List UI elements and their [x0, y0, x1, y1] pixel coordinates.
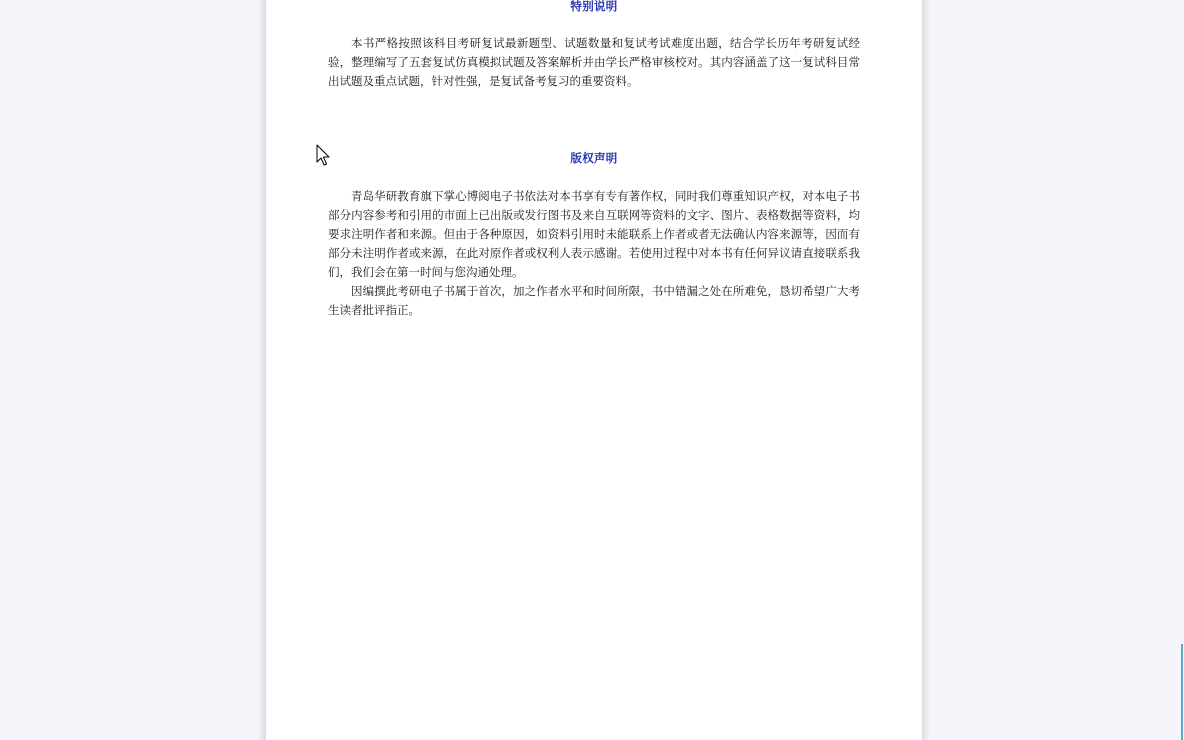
page-shadow-right — [922, 0, 930, 740]
page-shadow-left — [258, 0, 266, 740]
paragraph: 青岛华研教育旗下掌心博阅电子书依法对本书享有专有著作权，同时我们尊重知识产权，对… — [328, 187, 860, 282]
section-title-copyright: 版权声明 — [266, 150, 922, 166]
section-title-special-notice: 特别说明 — [266, 0, 922, 14]
section-body-special-notice: 本书严格按照该科目考研复试最新题型、试题数量和复试考试难度出题，结合学长历年考研… — [328, 34, 860, 91]
section-body-copyright: 青岛华研教育旗下掌心博阅电子书依法对本书享有专有著作权，同时我们尊重知识产权，对… — [328, 187, 860, 320]
document-viewer[interactable]: 特别说明 本书严格按照该科目考研复试最新题型、试题数量和复试考试难度出题，结合学… — [0, 0, 1184, 740]
mouse-pointer-icon — [316, 144, 332, 168]
document-page: 特别说明 本书严格按照该科目考研复试最新题型、试题数量和复试考试难度出题，结合学… — [266, 0, 922, 740]
scrollbar-indicator[interactable] — [1181, 644, 1183, 740]
paragraph: 因编撰此考研电子书属于首次，加之作者水平和时间所限，书中错漏之处在所难免，恳切希… — [328, 282, 860, 320]
paragraph: 本书严格按照该科目考研复试最新题型、试题数量和复试考试难度出题，结合学长历年考研… — [328, 34, 860, 91]
